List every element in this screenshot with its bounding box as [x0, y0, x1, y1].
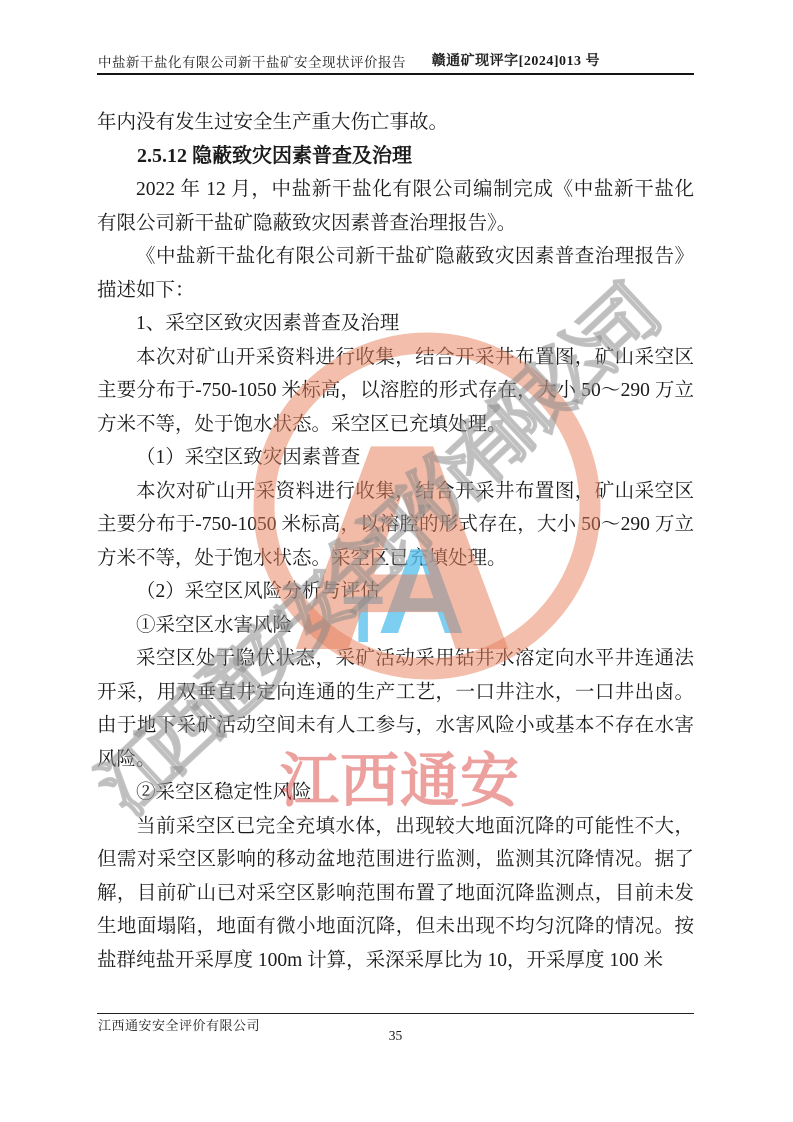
paragraph: 本次对矿山开采资料进行收集，结合开采井布置图，矿山采空区主要分布于-750-10…: [97, 341, 694, 442]
report-page: 中盐新干盐化有限公司新干盐矿安全现状评价报告 赣通矿现评字[2024]013 号…: [0, 0, 793, 1122]
paragraph: 当前采空区已完全充填水体，出现较大地面沉降的可能性不大，但需对采空区影响的移动盆…: [97, 810, 694, 978]
paragraph: 本次对矿山开采资料进行收集，结合开采井布置图，矿山采空区主要分布于-750-10…: [97, 475, 694, 576]
paragraph: 《中盐新干盐化有限公司新干盐矿隐蔽致灾因素普查治理报告》描述如下：: [97, 240, 694, 307]
page-number: 35: [97, 1028, 694, 1044]
paragraph: （1）采空区致灾因素普查: [97, 441, 694, 475]
paragraph: 采空区处于隐伏状态，采矿活动采用钻井水溶定向水平井连通法开采，用双垂直井定向连通…: [97, 642, 694, 776]
paragraph: ②采空区稳定性风险: [97, 776, 694, 810]
footer-rule: [97, 1013, 694, 1014]
header-report-title: 中盐新干盐化有限公司新干盐矿安全现状评价报告: [98, 51, 406, 71]
paragraph: 1、采空区致灾因素普查及治理: [97, 307, 694, 341]
paragraph: 2022 年 12 月，中盐新干盐化有限公司编制完成《中盐新干盐化有限公司新干盐…: [97, 173, 694, 240]
paragraph: 年内没有发生过安全生产重大伤亡事故。: [97, 106, 694, 140]
paragraph: 2.5.12 隐蔽致灾因素普查及治理: [97, 140, 694, 174]
document-body: 年内没有发生过安全生产重大伤亡事故。2.5.12 隐蔽致灾因素普查及治理2022…: [97, 106, 694, 977]
header-doc-number: 赣通矿现评字[2024]013 号: [432, 50, 600, 70]
header-rule: [97, 73, 694, 75]
paragraph: （2）采空区风险分析与评估: [97, 575, 694, 609]
paragraph: ①采空区水害风险: [97, 609, 694, 643]
